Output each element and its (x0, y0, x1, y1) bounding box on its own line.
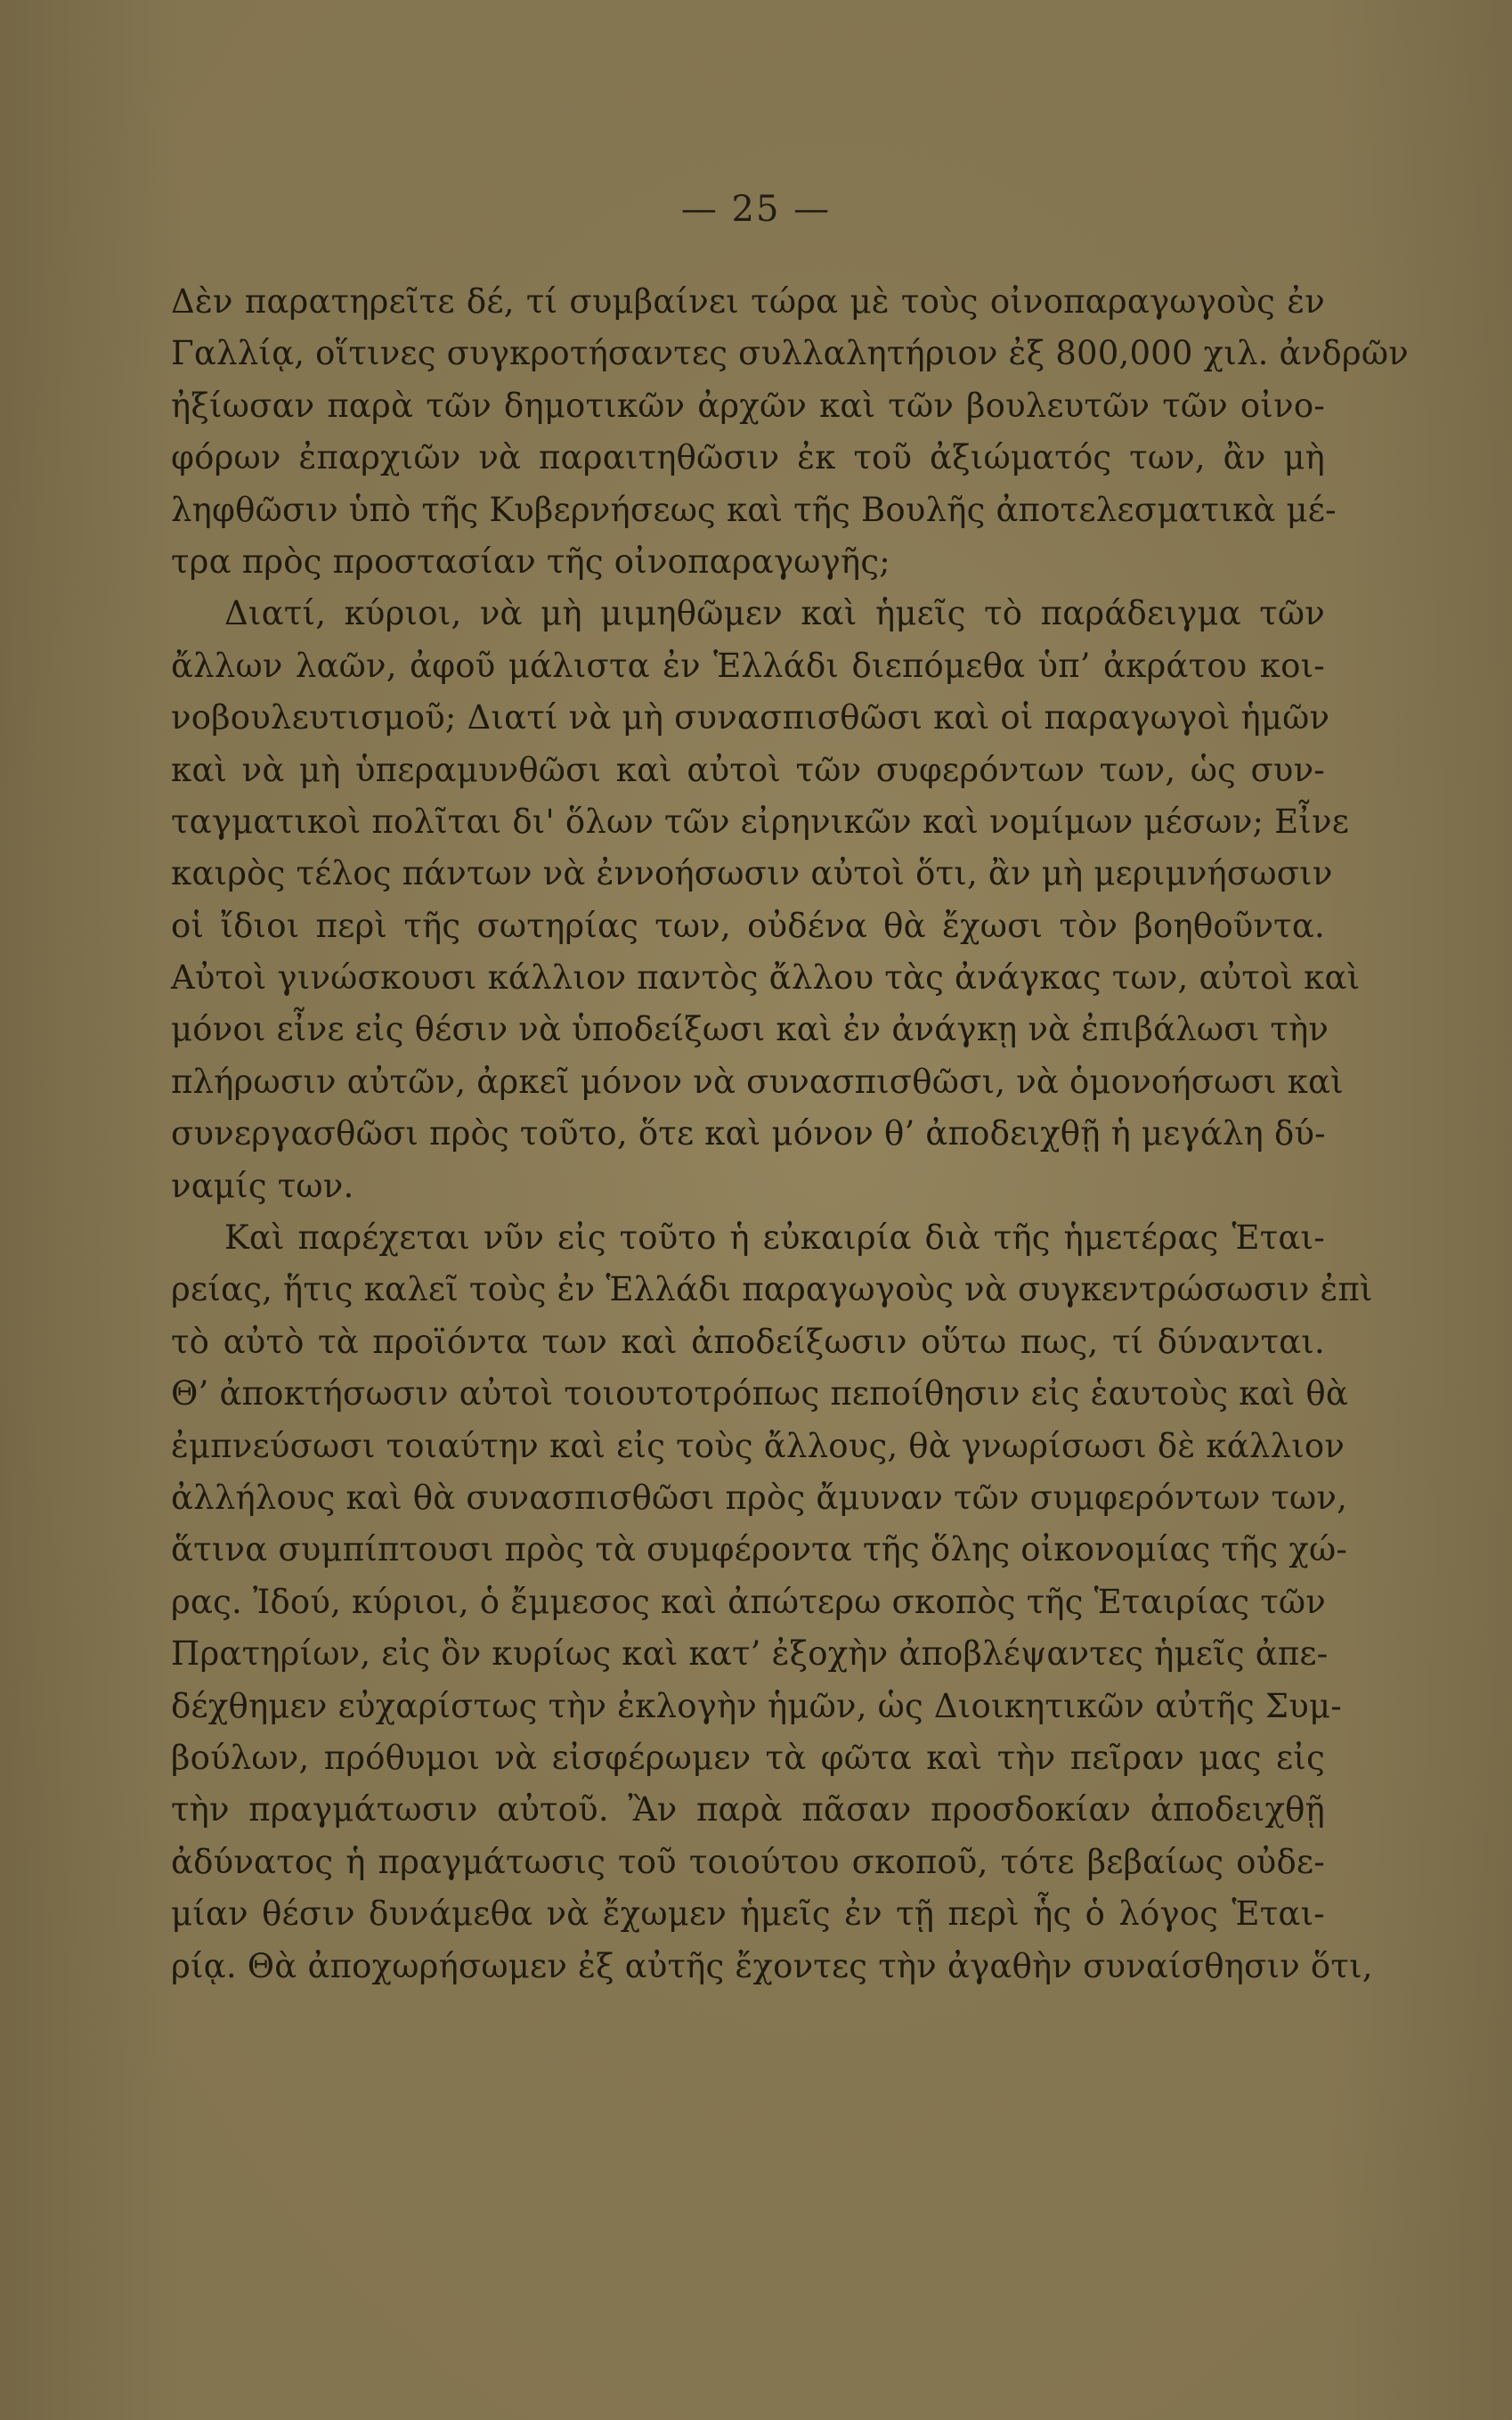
text-line: ληφθῶσιν ὑπὸ τῆς Κυβερνήσεως καὶ τῆς Βου… (171, 485, 1325, 536)
text-line: δέχθημεν εὐχαρίστως τὴν ἐκλογὴν ἡμῶν, ὡς… (171, 1681, 1325, 1732)
text-line: τὴν πραγμάτωσιν αὐτοῦ. Ἂν παρὰ πᾶσαν προ… (171, 1784, 1325, 1836)
text-line: ρείας, ἥτις καλεῖ τοὺς ἐν Ἑλλάδι παραγωγ… (171, 1264, 1325, 1316)
text-line: ἀλλήλους καὶ θὰ συνασπισθῶσι πρὸς ἄμυναν… (171, 1472, 1325, 1524)
text-line: Δὲν παρατηρεῖτε δέ, τί συμβαίνει τώρα μὲ… (171, 276, 1325, 328)
text-line: ἠξίωσαν παρὰ τῶν δημοτικῶν ἀρχῶν καὶ τῶν… (171, 380, 1325, 432)
text-line: μόνοι εἶνε εἰς θέσιν νὰ ὑποδείξωσι καὶ ἐ… (171, 1004, 1325, 1055)
text-line: Καὶ παρέχεται νῦν εἰς τοῦτο ἡ εὐκαιρία δ… (171, 1212, 1325, 1264)
text-line: Γαλλίᾳ, οἵτινες συγκροτήσαντες συλλαλητή… (171, 328, 1325, 379)
text-line: τὸ αὐτὸ τὰ προϊόντα των καὶ ἀποδείξωσιν … (171, 1316, 1325, 1368)
text-line: ρίᾳ. Θὰ ἀποχωρήσωμεν ἐξ αὐτῆς ἔχοντες τὴ… (171, 1941, 1325, 1992)
text-line: νοβουλευτισμοῦ; Διατί νὰ μὴ συνασπισθῶσι… (171, 692, 1325, 744)
text-line: καὶ νὰ μὴ ὑπεραμυνθῶσι καὶ αὐτοὶ τῶν συφ… (171, 745, 1325, 796)
text-line: φόρων ἐπαρχιῶν νὰ παραιτηθῶσιν ἐκ τοῦ ἀξ… (171, 432, 1325, 484)
page-number: — 25 — (0, 189, 1512, 230)
text-line: μίαν θέσιν δυνάμεθα νὰ ἔχωμεν ἡμεῖς ἐν τ… (171, 1888, 1325, 1940)
paragraph-3: Καὶ παρέχεται νῦν εἰς τοῦτο ἡ εὐκαιρία δ… (171, 1212, 1325, 1992)
text-line: βούλων, πρόθυμοι νὰ εἰσφέρωμεν τὰ φῶτα κ… (171, 1732, 1325, 1784)
text-line: Αὐτοὶ γινώσκουσι κάλλιον παντὸς ἄλλου τὰ… (171, 952, 1325, 1004)
text-line: ἄλλων λαῶν, ἀφοῦ μάλιστα ἐν Ἑλλάδι διεπό… (171, 640, 1325, 692)
text-line: οἱ ἴδιοι περὶ τῆς σωτηρίας των, οὐδένα θ… (171, 900, 1325, 952)
text-line: ταγματικοὶ πολῖται δι' ὅλων τῶν εἰρηνικῶ… (171, 796, 1325, 848)
text-line: ἀδύνατος ἡ πραγμάτωσις τοῦ τοιούτου σκοπ… (171, 1837, 1325, 1888)
text-line: ρας. Ἰδού, κύριοι, ὁ ἔμμεσος καὶ ἀπώτερω… (171, 1577, 1325, 1628)
scanned-book-page: — 25 — Δὲν παρατηρεῖτε δέ, τί συμβαίνει … (0, 0, 1512, 2420)
text-line: συνεργασθῶσι πρὸς τοῦτο, ὅτε καὶ μόνον θ… (171, 1108, 1325, 1160)
body-text: Δὲν παρατηρεῖτε δέ, τί συμβαίνει τώρα μὲ… (171, 276, 1325, 1992)
paragraph-1: Δὲν παρατηρεῖτε δέ, τί συμβαίνει τώρα μὲ… (171, 276, 1325, 588)
text-line: τρα πρὸς προστασίαν τῆς οἰνοπαραγωγῆς; (171, 536, 1325, 588)
paragraph-2: Διατί, κύριοι, νὰ μὴ μιμηθῶμεν καὶ ἡμεῖς… (171, 588, 1325, 1212)
text-line: ἅτινα συμπίπτουσι πρὸς τὰ συμφέροντα τῆς… (171, 1524, 1325, 1576)
text-line: ἐμπνεύσωσι τοιαύτην καὶ εἰς τοὺς ἄλλους,… (171, 1421, 1325, 1472)
text-line: πλήρωσιν αὐτῶν, ἀρκεῖ μόνον νὰ συνασπισθ… (171, 1056, 1325, 1108)
text-line: καιρὸς τέλος πάντων νὰ ἐννοήσωσιν αὐτοὶ … (171, 848, 1325, 900)
text-line: Θ’ ἀποκτήσωσιν αὐτοὶ τοιουτοτρόπως πεποί… (171, 1368, 1325, 1420)
text-line: ναμίς των. (171, 1161, 1325, 1212)
text-line: Πρατηρίων, εἰς ὃν κυρίως καὶ κατ’ ἐξοχὴν… (171, 1628, 1325, 1680)
text-line: Διατί, κύριοι, νὰ μὴ μιμηθῶμεν καὶ ἡμεῖς… (171, 588, 1325, 640)
